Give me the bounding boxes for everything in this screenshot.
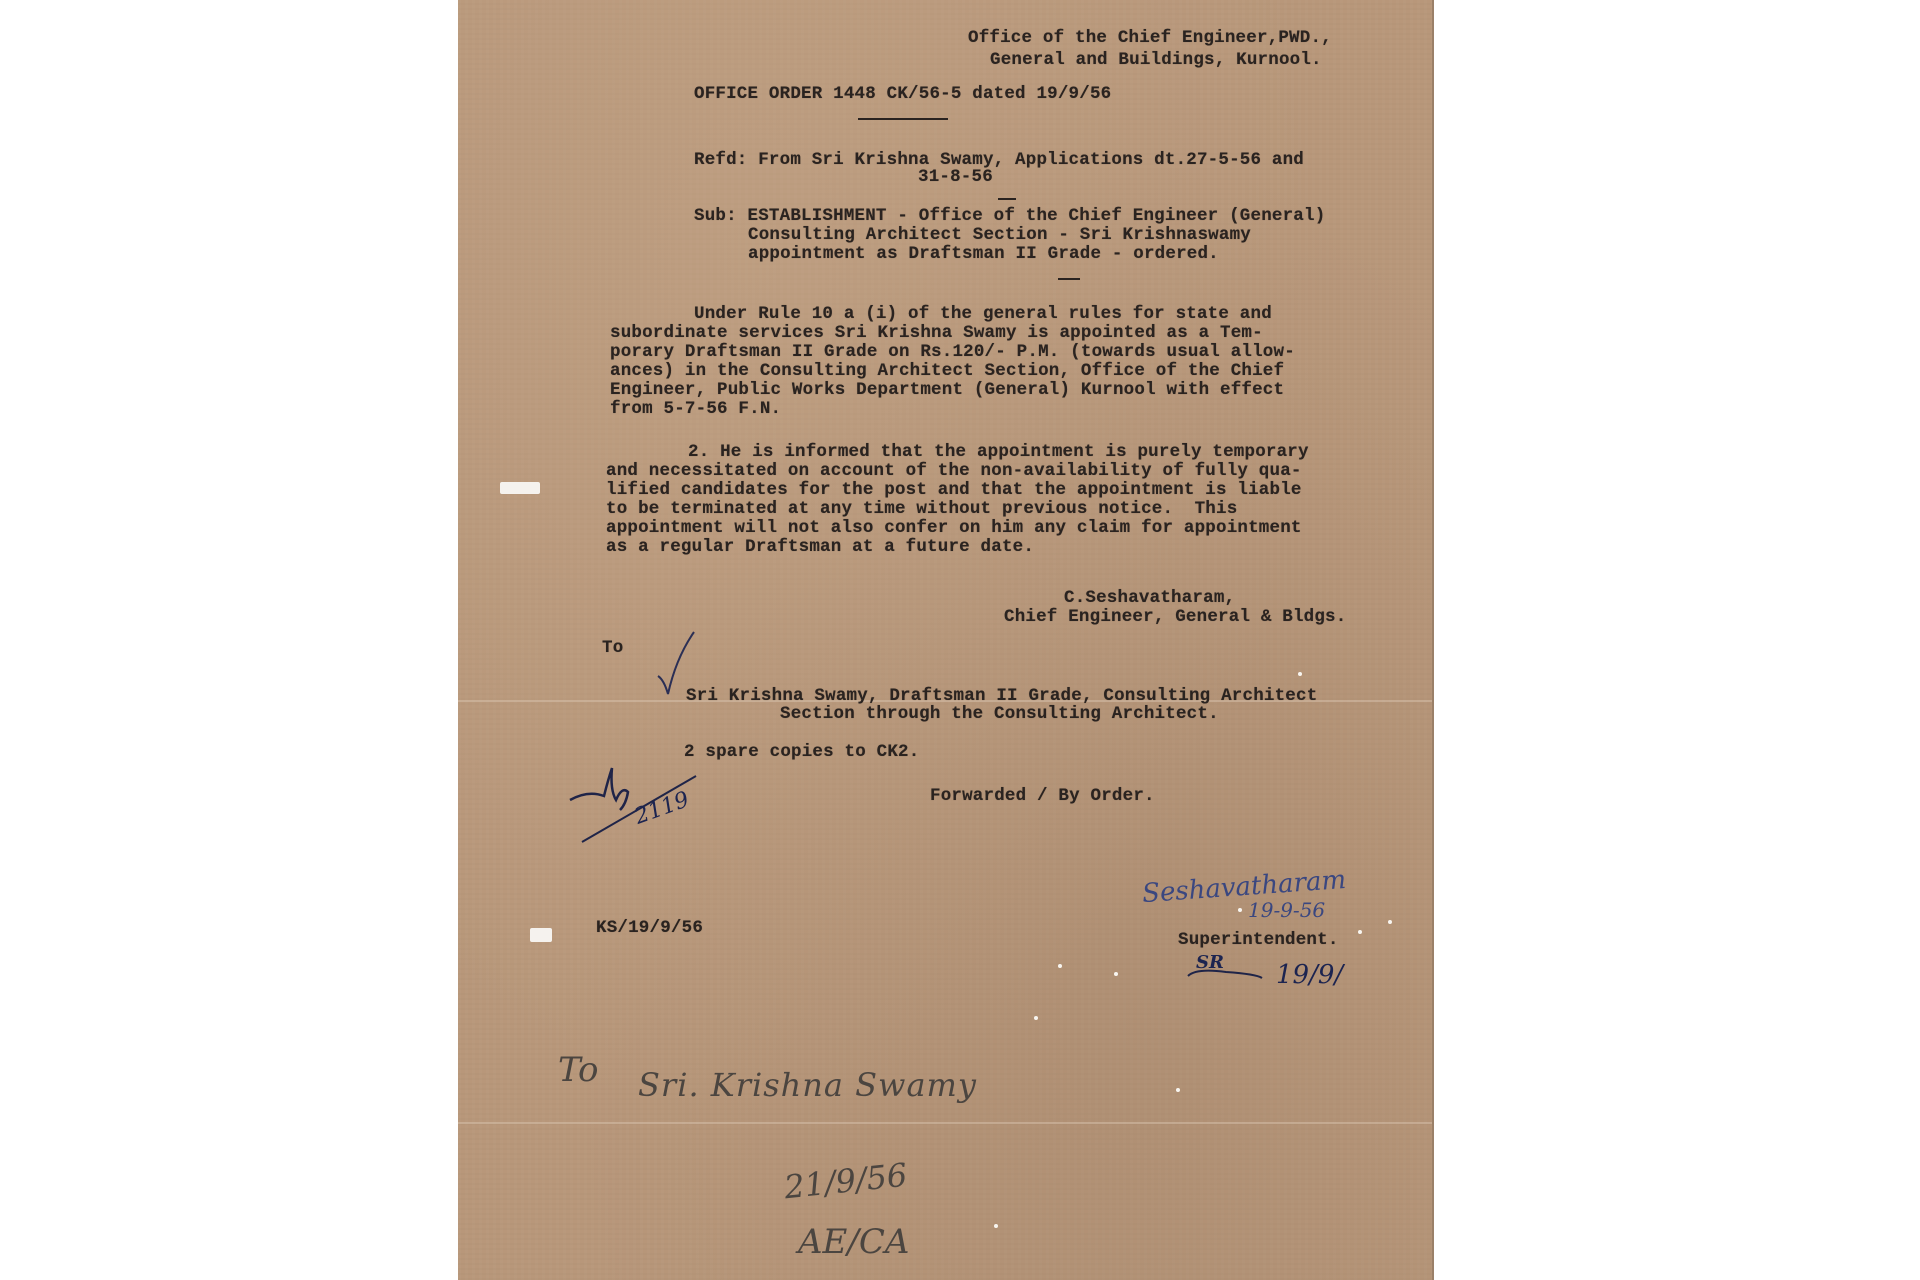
paper-speck [1058, 964, 1062, 968]
para1-line: porary Draftsman II Grade on Rs.120/- P.… [610, 344, 1295, 361]
recipient-line1: Sri Krishna Swamy, Draftsman II Grade, C… [686, 688, 1317, 705]
to-label: To [602, 640, 623, 657]
paper-speck [1034, 1016, 1038, 1020]
para1-line: Under Rule 10 a (i) of the general rules… [694, 306, 1272, 323]
subject-line3: appointment as Draftsman II Grade - orde… [748, 246, 1219, 263]
paper-speck [1388, 920, 1392, 924]
signature-date: 19-9-56 [1248, 898, 1325, 922]
signatory-title: Chief Engineer, General & Bldgs. [1004, 609, 1346, 626]
pencil-recipient: Sri. Krishna Swamy [638, 1066, 977, 1104]
paper-speck [1238, 908, 1242, 912]
paper-speck [994, 1224, 998, 1228]
paper-speck [1358, 930, 1362, 934]
para2-line: appointment will not also confer on him … [606, 520, 1302, 537]
para2-line: and necessitated on account of the non-a… [606, 463, 1302, 480]
office-header-line1: Office of the Chief Engineer,PWD., [968, 30, 1332, 47]
pencil-date: 21/9/56 [782, 1156, 909, 1207]
para1-line: Engineer, Public Works Department (Gener… [610, 382, 1284, 399]
separator [1058, 278, 1080, 280]
para1-line: ances) in the Consulting Architect Secti… [610, 363, 1284, 380]
office-header-line2: General and Buildings, Kurnool. [990, 52, 1322, 69]
reference-line2: 31-8-56 [918, 169, 993, 186]
paper-speck [1298, 672, 1302, 676]
paper-speck [1176, 1088, 1180, 1092]
sr-date: 19/9/ [1276, 960, 1343, 990]
paper-hole [530, 928, 552, 942]
forwarded-by-order: Forwarded / By Order. [930, 788, 1155, 805]
para2-line: as a regular Draftsman at a future date. [606, 539, 1034, 556]
separator [998, 198, 1016, 200]
para1-line: subordinate services Sri Krishna Swamy i… [610, 325, 1263, 342]
para2-line: lified candidates for the post and that … [606, 482, 1302, 499]
para2-line: to be terminated at any time without pre… [606, 501, 1237, 518]
subject-line2: Consulting Architect Section - Sri Krish… [748, 227, 1251, 244]
recipient-line2: Section through the Consulting Architect… [780, 706, 1219, 723]
reference-code: KS/19/9/56 [596, 920, 703, 937]
reference-line1: Refd: From Sri Krishna Swamy, Applicatio… [694, 152, 1304, 169]
sr-underline [1186, 966, 1266, 982]
order-title: OFFICE ORDER 1448 CK/56-5 dated 19/9/56 [694, 86, 1111, 103]
paper-fold [458, 1122, 1432, 1124]
pencil-to: To [558, 1050, 599, 1090]
title-underline [858, 118, 948, 120]
paper-hole [500, 482, 540, 494]
superintendent-title: Superintendent. [1178, 932, 1339, 949]
spare-copies: 2 spare copies to CK2. [684, 744, 919, 761]
signatory-name: C.Seshavatharam, [1064, 590, 1235, 607]
para2-line: 2. He is informed that the appointment i… [688, 444, 1309, 461]
document-page: Office of the Chief Engineer,PWD., Gener… [458, 0, 1434, 1280]
pencil-note: AE/CA [798, 1222, 909, 1262]
paper-speck [1114, 972, 1118, 976]
subject-line1: Sub: ESTABLISHMENT - Office of the Chief… [694, 208, 1325, 225]
para1-line: from 5-7-56 F.N. [610, 401, 781, 418]
